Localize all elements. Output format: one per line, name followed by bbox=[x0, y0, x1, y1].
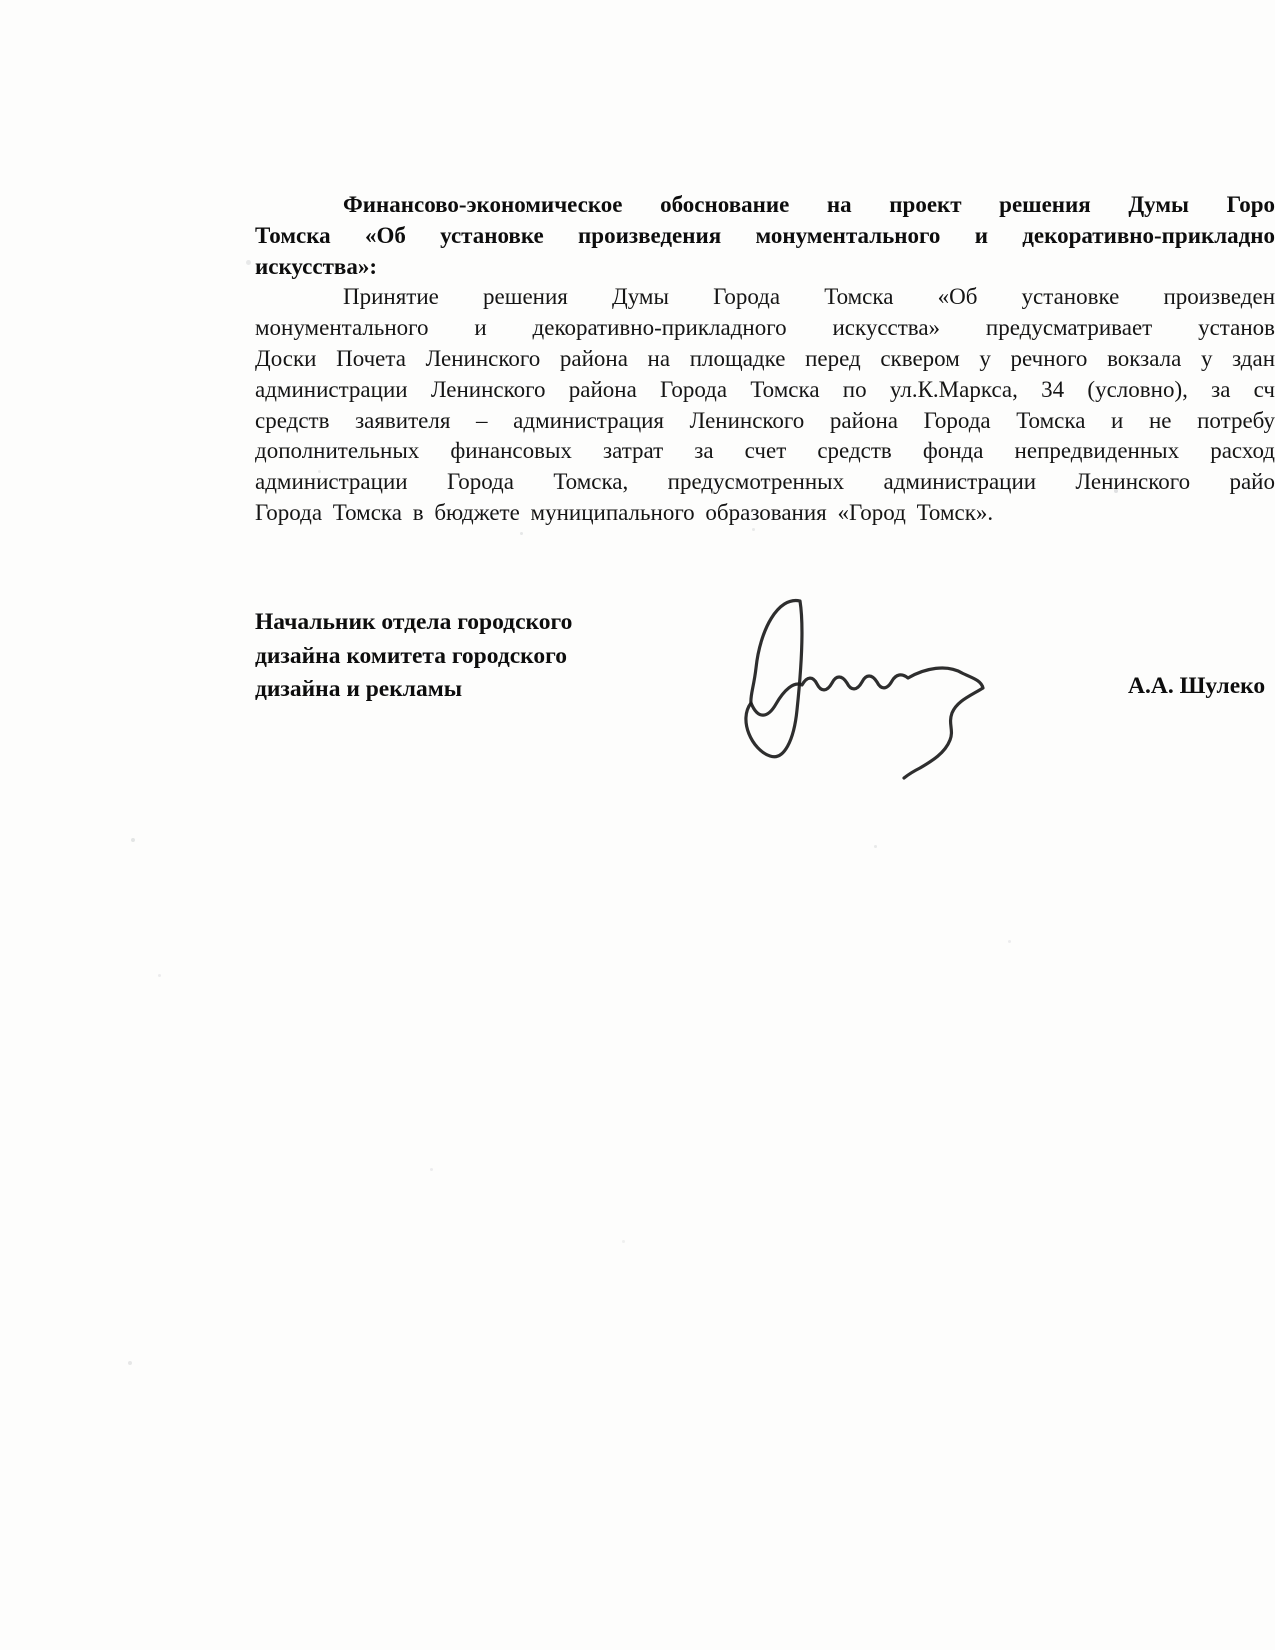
body-line: Доски Почета Ленинского района на площад… bbox=[255, 344, 1275, 375]
scan-speck bbox=[430, 1168, 433, 1171]
scan-speck bbox=[1114, 489, 1118, 493]
document-body: Финансово-экономическое обоснование на п… bbox=[255, 190, 1275, 529]
body-line: средств заявителя – администрация Ленинс… bbox=[255, 406, 1275, 437]
scan-speck bbox=[318, 470, 321, 473]
body-line: администрации Города Томска, предусмотре… bbox=[255, 467, 1275, 498]
scan-speck bbox=[158, 974, 161, 977]
scanned-document-page: Финансово-экономическое обоснование на п… bbox=[0, 0, 1275, 1650]
scan-speck bbox=[622, 1240, 625, 1243]
scan-speck bbox=[874, 845, 877, 848]
scan-speck bbox=[246, 260, 251, 265]
body-line: монументального и декоративно-прикладног… bbox=[255, 313, 1275, 344]
signature-title-line: Начальник отдела городского bbox=[255, 606, 572, 640]
scan-speck bbox=[520, 532, 523, 535]
body-line: администрации Ленинского района Города Т… bbox=[255, 375, 1275, 406]
heading-line: искусства»: bbox=[255, 252, 1275, 283]
signature-title-line: дизайна комитета городского bbox=[255, 640, 572, 674]
handwritten-signature-stroke bbox=[700, 568, 1000, 808]
heading-line: Томска «Об установке произведения монуме… bbox=[255, 221, 1275, 252]
signature-title-line: дизайна и рекламы bbox=[255, 673, 572, 707]
scan-speck bbox=[752, 528, 755, 531]
scan-speck bbox=[131, 838, 135, 842]
body-line: Принятие решения Думы Города Томска «Об … bbox=[255, 282, 1275, 313]
scan-speck bbox=[1008, 940, 1011, 943]
heading-line: Финансово-экономическое обоснование на п… bbox=[255, 190, 1275, 221]
signature-title-block: Начальник отдела городского дизайна коми… bbox=[255, 606, 572, 707]
body-line: Города Томска в бюджете муниципального о… bbox=[255, 498, 1275, 529]
scan-speck bbox=[128, 1361, 132, 1365]
body-line: дополнительных финансовых затрат за счет… bbox=[255, 436, 1275, 467]
signature-name: А.А. Шулеко bbox=[1128, 673, 1265, 700]
